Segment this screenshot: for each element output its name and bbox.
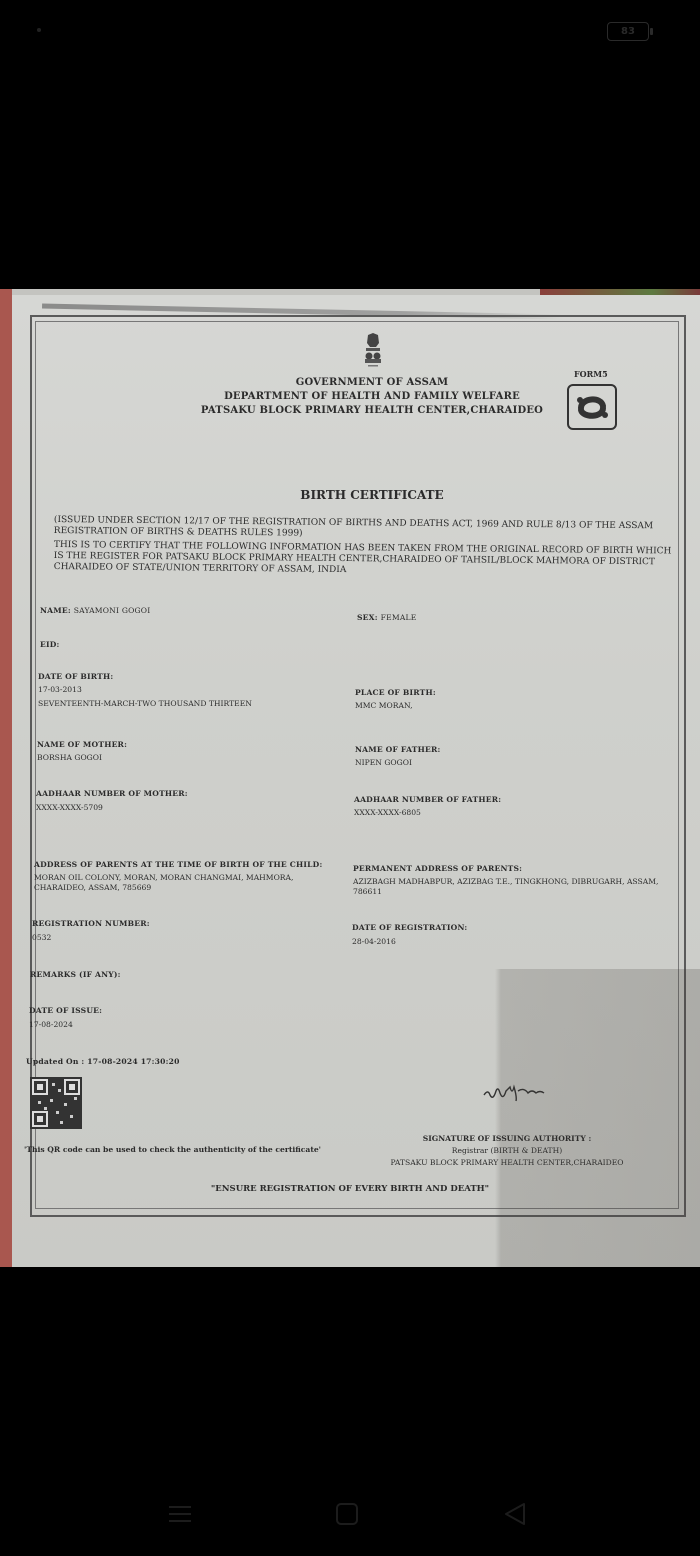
sex-label: SEX:: [357, 613, 378, 622]
status-bar: 83: [0, 0, 700, 60]
permanent-address-value: AZIZBAGH MADHABPUR, AZIZBAG T.E., TINGKH…: [353, 877, 663, 897]
menu-icon[interactable]: [166, 1500, 194, 1528]
dob-label: DATE OF BIRTH:: [38, 672, 113, 681]
place-of-birth-label: PLACE OF BIRTH:: [355, 688, 436, 697]
navigation-bar: [0, 1480, 700, 1556]
shadow-overlay: [495, 969, 700, 1267]
name-label: NAME:: [40, 606, 71, 615]
dob-value: 17-03-2013: [38, 685, 82, 694]
name-value: SAYAMONI GOGOI: [74, 606, 151, 615]
dob-words: SEVENTEENTH-MARCH-TWO THOUSAND THIRTEEN: [38, 699, 252, 708]
issue-date-value: 17-08-2024: [29, 1020, 73, 1029]
header-government: GOVERNMENT OF ASSAM: [162, 377, 582, 388]
father-aadhaar-value: XXXX-XXXX-6805: [354, 808, 421, 817]
mother-aadhaar-label: AADHAAR NUMBER OF MOTHER:: [36, 789, 188, 798]
mother-name-label: NAME OF MOTHER:: [37, 740, 127, 749]
notification-dot-icon: [37, 28, 41, 32]
header-department: DEPARTMENT OF HEALTH AND FAMILY WELFARE: [162, 391, 582, 402]
state-emblem-icon: [362, 333, 384, 369]
mother-aadhaar-value: XXXX-XXXX-5709: [36, 803, 103, 812]
forms-logo-icon: [567, 384, 617, 430]
sex-field: SEX: FEMALE: [357, 613, 416, 622]
permanent-address-label: PERMANENT ADDRESS OF PARENTS:: [353, 864, 522, 873]
qr-note: 'This QR code can be used to check the a…: [24, 1145, 324, 1155]
name-field: NAME: SAYAMONI GOGOI: [40, 606, 150, 615]
certificate-title: BIRTH CERTIFICATE: [12, 488, 700, 502]
forms-label: FORM5: [574, 369, 608, 379]
registration-date-label: DATE OF REGISTRATION:: [352, 923, 467, 932]
updated-on: Updated On : 17-08-2024 17:30:20: [26, 1057, 180, 1066]
registration-date-value: 28-04-2016: [352, 937, 396, 946]
eid-label: EID:: [40, 640, 60, 649]
certificate-photo[interactable]: GOVERNMENT OF ASSAM DEPARTMENT OF HEALTH…: [0, 289, 700, 1267]
place-of-birth-value: MMC MORAN,: [355, 701, 413, 710]
father-aadhaar-label: AADHAAR NUMBER OF FATHER:: [354, 795, 501, 804]
header-center: PATSAKU BLOCK PRIMARY HEALTH CENTER,CHAR…: [162, 405, 582, 416]
mother-name-value: BORSHA GOGOI: [37, 753, 102, 762]
father-name-label: NAME OF FATHER:: [355, 745, 440, 754]
registration-number-label: REGISTRATION NUMBER:: [32, 919, 150, 928]
certify-text: THIS IS TO CERTIFY THAT THE FOLLOWING IN…: [54, 540, 674, 579]
registration-number-value: 0532: [32, 933, 51, 942]
address-at-birth-label: ADDRESS OF PARENTS AT THE TIME OF BIRTH …: [34, 860, 322, 869]
battery-icon: 83: [607, 22, 649, 41]
remarks-label: REMARKS (IF ANY):: [30, 970, 121, 979]
issue-date-label: DATE OF ISSUE:: [29, 1006, 102, 1015]
home-icon[interactable]: [333, 1500, 361, 1528]
address-at-birth-value: MORAN OIL COLONY, MORAN, MORAN CHANGMAI,…: [34, 873, 334, 893]
qr-code[interactable]: [30, 1077, 82, 1129]
father-name-value: NIPEN GOGOI: [355, 758, 412, 767]
back-icon[interactable]: [500, 1500, 528, 1528]
sex-value: FEMALE: [381, 613, 417, 622]
